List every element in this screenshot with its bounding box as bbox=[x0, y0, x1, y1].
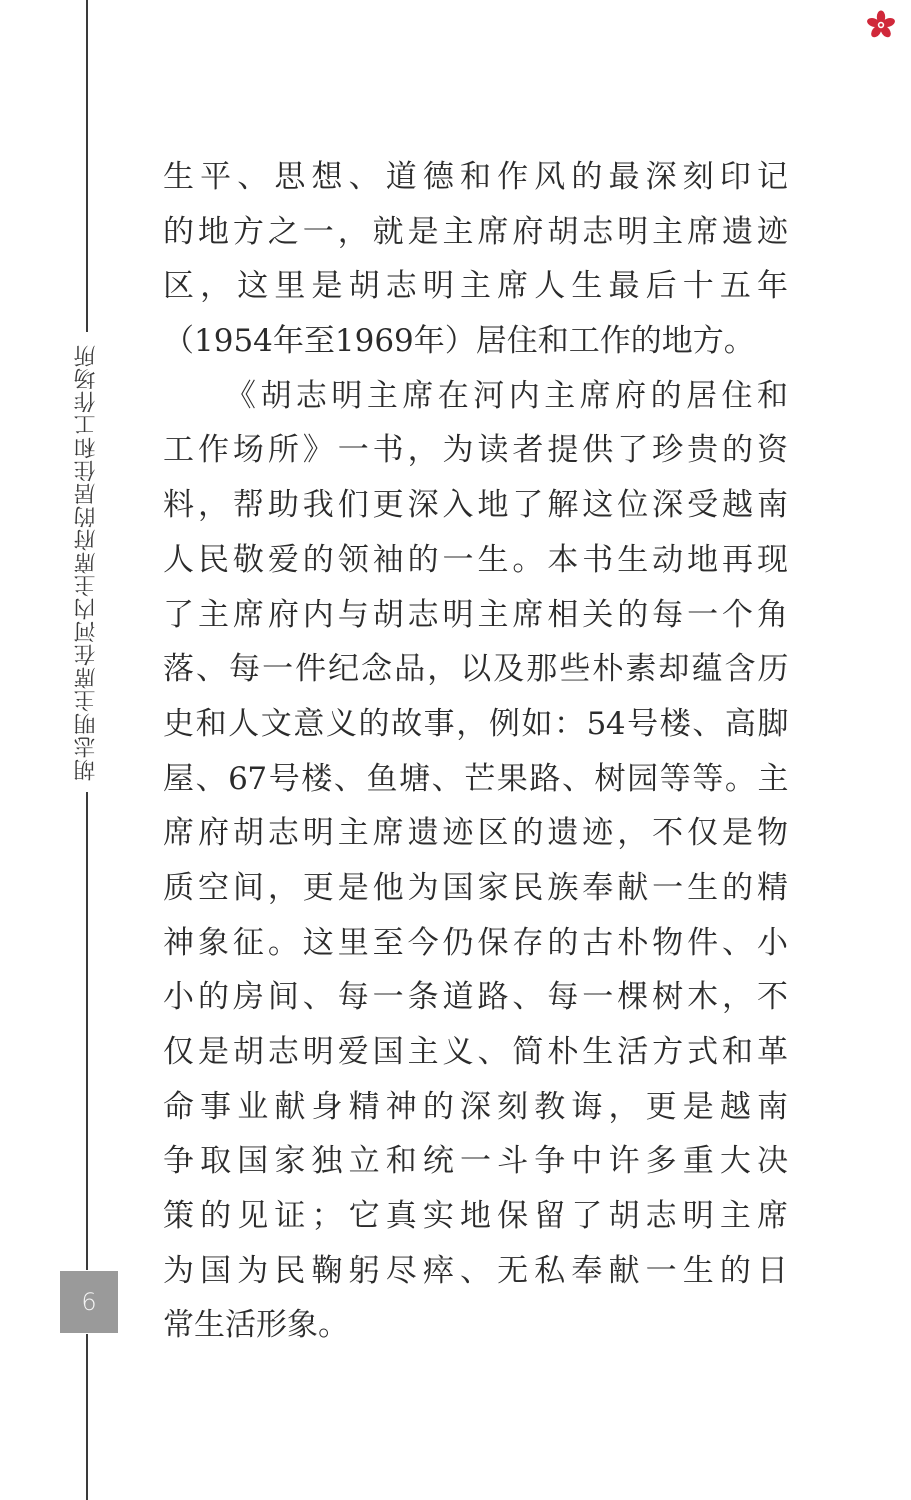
page-number-badge: 6 bbox=[60, 1271, 118, 1333]
text-line: （1954年至1969年）居住和工作的地方。 bbox=[163, 314, 788, 369]
text-line: 席府胡志明主席遗迹区的遗迹，不仅是物 bbox=[163, 806, 788, 861]
margin-rule-middle bbox=[86, 792, 88, 1270]
text-line: 屋、67号楼、鱼塘、芒果路、树园等等。主 bbox=[163, 752, 788, 807]
text-line: 命事业献身精神的深刻教诲，更是越南 bbox=[163, 1080, 788, 1135]
paragraph-2: 《胡志明主席在河内主席府的居住和 工作场所》一书，为读者提供了珍贵的资 料，帮助… bbox=[163, 369, 788, 1353]
text-line: 史和人文意义的故事，例如：54号楼、高脚 bbox=[163, 697, 788, 752]
text-line: 生平、思想、道德和作风的最深刻印记 bbox=[163, 150, 788, 205]
text-line: 的地方之一，就是主席府胡志明主席遗迹 bbox=[163, 205, 788, 260]
text-line: 质空间，更是他为国家民族奉献一生的精 bbox=[163, 861, 788, 916]
text-line: 为国为民鞠躬尽瘁、无私奉献一生的日 bbox=[163, 1244, 788, 1299]
text-line: 区，这里是胡志明主席人生最后十五年 bbox=[163, 259, 788, 314]
text-line: 人民敬爱的领袖的一生。本书生动地再现 bbox=[163, 533, 788, 588]
text-line: 《胡志明主席在河内主席府的居住和 bbox=[163, 369, 788, 424]
text-line: 神象征。这里至今仍保存的古朴物件、小 bbox=[163, 916, 788, 971]
text-line: 常生活形象。 bbox=[163, 1298, 788, 1353]
running-header-book-title: 胡志明主席在河内主席府的居住和工作场所 bbox=[72, 340, 102, 786]
page-number: 6 bbox=[81, 1288, 96, 1316]
text-line: 仅是胡志明爱国主义、简朴生活方式和革 bbox=[163, 1025, 788, 1080]
text-line: 落、每一件纪念品，以及那些朴素却蕴含历 bbox=[163, 642, 788, 697]
text-line: 工作场所》一书，为读者提供了珍贵的资 bbox=[163, 423, 788, 478]
text-line: 争取国家独立和统一斗争中许多重大决 bbox=[163, 1134, 788, 1189]
paragraph-1: 生平、思想、道德和作风的最深刻印记 的地方之一，就是主席府胡志明主席遗迹 区，这… bbox=[163, 150, 788, 369]
margin-rule-bottom bbox=[86, 1334, 88, 1500]
red-lotus-flower-icon bbox=[866, 10, 896, 40]
text-line: 料，帮助我们更深入地了解这位深受越南 bbox=[163, 478, 788, 533]
text-line: 策的见证；它真实地保留了胡志明主席 bbox=[163, 1189, 788, 1244]
margin-rule-top bbox=[86, 0, 88, 332]
body-text: 生平、思想、道德和作风的最深刻印记 的地方之一，就是主席府胡志明主席遗迹 区，这… bbox=[163, 150, 788, 1353]
text-line: 了主席府内与胡志明主席相关的每一个角 bbox=[163, 588, 788, 643]
text-line: 小的房间、每一条道路、每一棵树木，不 bbox=[163, 970, 788, 1025]
